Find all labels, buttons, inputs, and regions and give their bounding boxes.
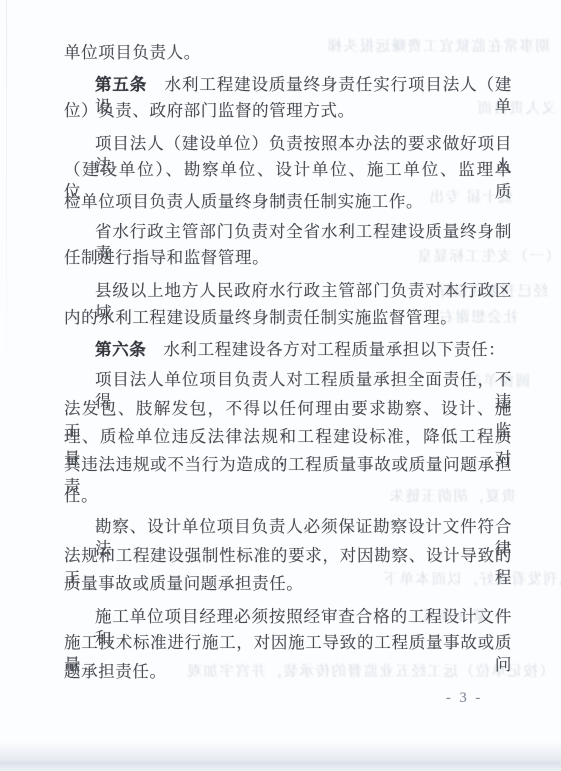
text-line: 第五条 水利工程建设质量终身责任实行项目法人（建设单	[95, 74, 512, 96]
text-line: 位）负责、政府部门监督的管理方式。	[64, 100, 355, 122]
text-line: 省水行政主管部门负责对全省水利工程建设质量终身制责	[95, 221, 512, 243]
text-line: 第六条 水利工程建设各方对工程质量承担以下责任：	[95, 339, 505, 361]
scanned-document-page: 期事常在监狱宜工费赚远报头梯义人贵自而低十届 专出（一）支生工标显皇经已刊要底设…	[0, 0, 561, 771]
text-line: 施工技术标准进行施工，对因施工导致的工程质量事故或质量问	[64, 632, 512, 654]
text-line: 其违法违规或不当行为造成的工程质量事故或质量问题承担责	[64, 454, 512, 476]
article-number-bold: 第六条	[95, 340, 146, 359]
text-line: 题承担责任。	[64, 661, 167, 683]
text-line: 施工单位项目经理必须按照经审查合格的工程设计文件和	[95, 606, 512, 628]
text-line: 县级以上地方人民政府水行政主管部门负责对本行政区域	[95, 280, 512, 302]
text-line: （建设单位）、勘察单位、设计单位、施工单位、监理单位、质	[64, 159, 512, 181]
text-line: 内的水利工程建设质量终身制责任制实施监督管理。	[64, 307, 457, 329]
scan-bottom-shadow	[0, 741, 561, 771]
text-line: 质量事故或质量问题承担责任。	[64, 573, 303, 595]
article-number-bold: 第五条	[95, 75, 147, 94]
text-line: 任制进行指导和监督管理。	[64, 247, 269, 269]
text-line: 法规和工程建设强制性标准的要求，对因勘察、设计导致的工程	[64, 545, 512, 567]
text-line: 项目法人单位项目负责人对工程质量承担全面责任，不得违	[95, 369, 512, 391]
text-line: 单位项目负责人。	[64, 42, 201, 64]
text-line: 项目法人（建设单位）负责按照本办法的要求做好项目法人	[95, 133, 512, 155]
page-number: - 3 -	[446, 690, 483, 707]
document-text-layer: 单位项目负责人。第五条 水利工程建设质量终身责任实行项目法人（建设单位）负责、政…	[0, 0, 561, 771]
text-line: 理、质检单位违反法律法规和工程建设标准，降低工程质量，对	[64, 426, 512, 448]
text-line: 检单位项目负责人质量终身制责任制实施工作。	[64, 191, 423, 213]
text-line: 法发包、肢解发包，不得以任何理由要求勘察、设计、施工、监	[64, 398, 512, 420]
text-line: 任。	[64, 485, 98, 507]
text-line: 勘察、设计单位项目负责人必须保证勘察设计文件符合法律	[95, 516, 512, 538]
